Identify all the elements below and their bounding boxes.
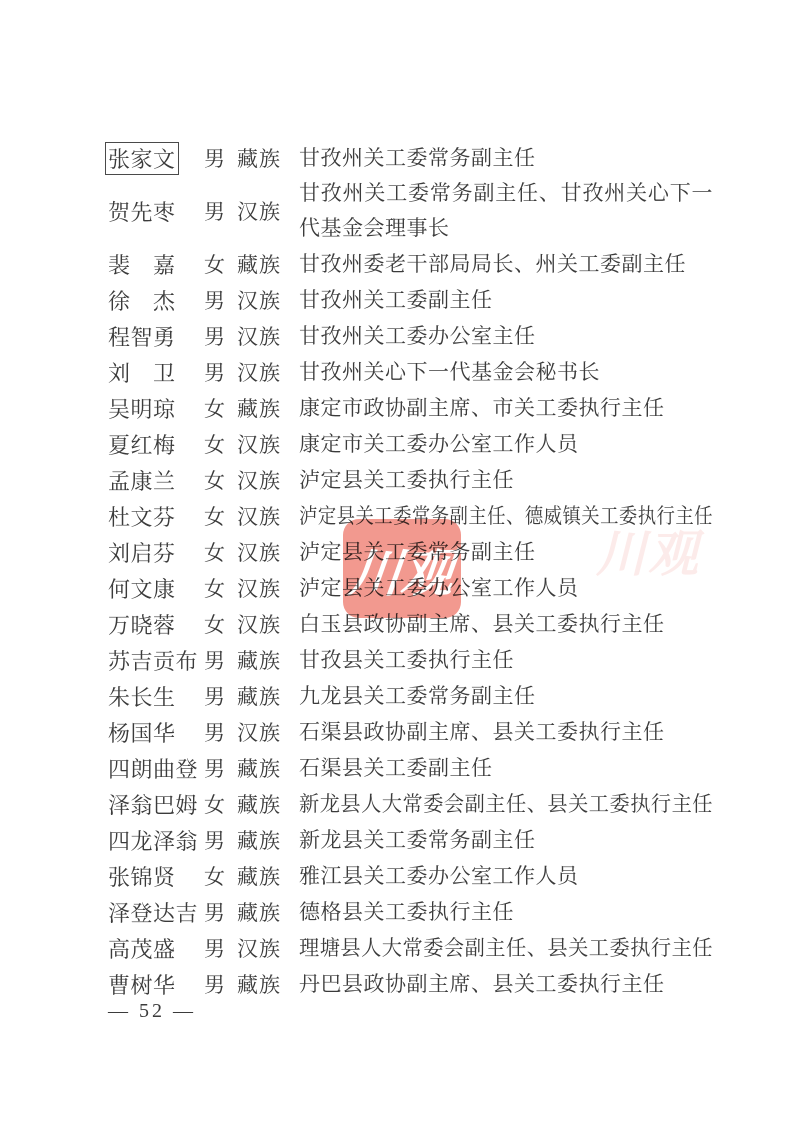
roster-row: 程智勇男汉族甘孜州关工委办公室主任 <box>108 318 712 354</box>
person-ethnicity: 汉族 <box>237 285 299 315</box>
person-name: 何文康 <box>108 573 204 604</box>
person-title: 甘孜州关工委常务副主任 <box>299 141 713 176</box>
person-name: 张锦贤 <box>108 861 204 892</box>
roster-row: 张家文男藏族甘孜州关工委常务副主任 <box>108 140 712 176</box>
person-gender: 男 <box>204 681 237 711</box>
person-gender: 女 <box>204 393 237 423</box>
person-gender: 女 <box>204 537 237 567</box>
person-gender: 女 <box>204 249 237 279</box>
person-title: 九龙县关工委常务副主任 <box>299 679 713 714</box>
person-gender: 女 <box>204 429 237 459</box>
person-name: 裴 嘉 <box>108 249 204 280</box>
person-title: 新龙县人大常委会副主任、县关工委执行主任 <box>299 787 698 822</box>
person-ethnicity: 汉族 <box>237 609 299 639</box>
person-name: 孟康兰 <box>108 465 204 496</box>
person-name: 泽登达吉 <box>108 897 204 928</box>
person-gender: 女 <box>204 609 237 639</box>
person-gender: 男 <box>204 321 237 351</box>
person-ethnicity: 汉族 <box>237 717 299 747</box>
person-ethnicity: 藏族 <box>237 753 299 783</box>
roster-row: 贺先枣男汉族甘孜州关工委常务副主任、甘孜州关心下一代基金会理事长 <box>108 176 712 246</box>
person-title: 甘孜州关工委办公室主任 <box>299 319 713 354</box>
roster-row: 四龙泽翁男藏族新龙县关工委常务副主任 <box>108 822 712 858</box>
person-title: 石渠县关工委副主任 <box>299 751 713 786</box>
person-name: 高茂盛 <box>108 933 204 964</box>
person-name: 夏红梅 <box>108 429 204 460</box>
person-name: 泽翁巴姆 <box>108 789 204 820</box>
person-ethnicity: 藏族 <box>237 249 299 279</box>
person-gender: 女 <box>204 861 237 891</box>
person-ethnicity: 汉族 <box>237 321 299 351</box>
person-name: 苏吉贡布 <box>108 645 204 676</box>
person-ethnicity: 汉族 <box>237 537 299 567</box>
roster-row: 朱长生男藏族九龙县关工委常务副主任 <box>108 678 712 714</box>
person-name: 杜文芬 <box>108 501 204 532</box>
person-gender: 男 <box>204 753 237 783</box>
person-title: 石渠县政协副主席、县关工委执行主任 <box>299 715 713 750</box>
person-name: 万晓蓉 <box>108 609 204 640</box>
person-ethnicity: 藏族 <box>237 825 299 855</box>
page-number: — 52 — <box>108 1000 196 1023</box>
person-gender: 男 <box>204 717 237 747</box>
person-name: 刘启芬 <box>108 537 204 568</box>
roster-row: 泽登达吉男藏族德格县关工委执行主任 <box>108 894 712 930</box>
person-title: 德格县关工委执行主任 <box>299 895 713 930</box>
watermark-echo-text: 川观 <box>596 514 700 586</box>
watermark-text: 川观 <box>346 531 458 606</box>
person-ethnicity: 藏族 <box>237 897 299 927</box>
person-gender: 男 <box>204 196 237 226</box>
name-highlight-box: 张家文 <box>105 142 179 175</box>
person-gender: 男 <box>204 143 237 173</box>
roster-row: 吴明琼女藏族康定市政协副主席、市关工委执行主任 <box>108 390 712 426</box>
person-name: 刘 卫 <box>108 357 204 388</box>
roster-row: 曹树华男藏族丹巴县政协副主席、县关工委执行主任 <box>108 966 712 1002</box>
person-gender: 女 <box>204 501 237 531</box>
person-title: 甘孜县关工委执行主任 <box>299 643 713 678</box>
person-gender: 女 <box>204 573 237 603</box>
person-gender: 女 <box>204 789 237 819</box>
roster-row: 夏红梅女汉族康定市关工委办公室工作人员 <box>108 426 712 462</box>
person-name: 吴明琼 <box>108 393 204 424</box>
person-title: 甘孜州关工委常务副主任、甘孜州关心下一代基金会理事长 <box>299 176 713 246</box>
person-ethnicity: 藏族 <box>237 969 299 999</box>
person-name: 四龙泽翁 <box>108 825 204 856</box>
person-ethnicity: 汉族 <box>237 429 299 459</box>
person-title: 雅江县关工委办公室工作人员 <box>299 859 713 894</box>
person-ethnicity: 汉族 <box>237 465 299 495</box>
person-name: 张家文 <box>108 142 204 175</box>
roster-row: 杨国华男汉族石渠县政协副主席、县关工委执行主任 <box>108 714 712 750</box>
person-title: 新龙县关工委常务副主任 <box>299 823 713 858</box>
person-gender: 女 <box>204 465 237 495</box>
document-page: 张家文男藏族甘孜州关工委常务副主任贺先枣男汉族甘孜州关工委常务副主任、甘孜州关心… <box>0 0 793 1122</box>
person-gender: 男 <box>204 969 237 999</box>
roster-row: 张锦贤女藏族雅江县关工委办公室工作人员 <box>108 858 712 894</box>
person-name: 徐 杰 <box>108 285 204 316</box>
person-ethnicity: 汉族 <box>237 357 299 387</box>
person-name: 四朗曲登 <box>108 753 204 784</box>
person-title: 甘孜州关心下一代基金会秘书长 <box>299 355 713 390</box>
person-ethnicity: 藏族 <box>237 789 299 819</box>
person-gender: 男 <box>204 357 237 387</box>
person-name: 朱长生 <box>108 681 204 712</box>
person-title: 康定市政协副主席、市关工委执行主任 <box>299 391 713 426</box>
person-gender: 男 <box>204 285 237 315</box>
roster-row: 裴 嘉女藏族甘孜州委老干部局局长、州关工委副主任 <box>108 246 712 282</box>
person-ethnicity: 藏族 <box>237 681 299 711</box>
watermark-logo: 川观 <box>343 519 461 618</box>
person-ethnicity: 汉族 <box>237 196 299 226</box>
person-gender: 男 <box>204 897 237 927</box>
person-title: 丹巴县政协副主席、县关工委执行主任 <box>299 967 713 1002</box>
person-title: 泸定县关工委执行主任 <box>299 463 713 498</box>
person-name: 杨国华 <box>108 717 204 748</box>
roster-row: 刘 卫男汉族甘孜州关心下一代基金会秘书长 <box>108 354 712 390</box>
roster-row: 高茂盛男汉族理塘县人大常委会副主任、县关工委执行主任 <box>108 930 712 966</box>
roster-row: 四朗曲登男藏族石渠县关工委副主任 <box>108 750 712 786</box>
person-ethnicity: 藏族 <box>237 393 299 423</box>
person-title: 康定市关工委办公室工作人员 <box>299 427 713 462</box>
person-gender: 男 <box>204 825 237 855</box>
person-ethnicity: 藏族 <box>237 861 299 891</box>
person-gender: 男 <box>204 645 237 675</box>
person-name: 曹树华 <box>108 969 204 1000</box>
person-ethnicity: 藏族 <box>237 645 299 675</box>
person-title: 甘孜州关工委副主任 <box>299 283 713 318</box>
roster-row: 徐 杰男汉族甘孜州关工委副主任 <box>108 282 712 318</box>
person-ethnicity: 汉族 <box>237 573 299 603</box>
person-gender: 男 <box>204 933 237 963</box>
roster-row: 泽翁巴姆女藏族新龙县人大常委会副主任、县关工委执行主任 <box>108 786 712 822</box>
roster-row: 苏吉贡布男藏族甘孜县关工委执行主任 <box>108 642 712 678</box>
person-title: 理塘县人大常委会副主任、县关工委执行主任 <box>299 931 698 966</box>
person-name: 贺先枣 <box>108 196 204 227</box>
person-ethnicity: 汉族 <box>237 501 299 531</box>
person-name: 程智勇 <box>108 321 204 352</box>
person-title: 甘孜州委老干部局局长、州关工委副主任 <box>299 247 713 282</box>
roster-row: 孟康兰女汉族泸定县关工委执行主任 <box>108 462 712 498</box>
person-ethnicity: 汉族 <box>237 933 299 963</box>
person-ethnicity: 藏族 <box>237 143 299 173</box>
